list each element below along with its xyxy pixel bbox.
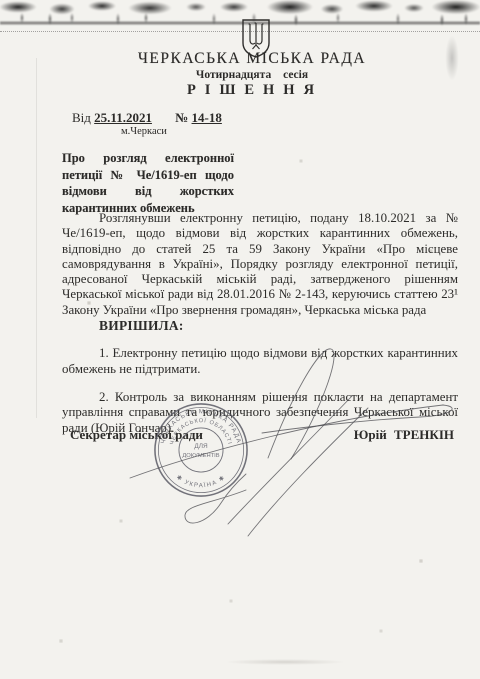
council-name-title: ЧЕРКАСЬКА МІСЬКА РАДА [0, 50, 480, 68]
stamp-center-line2: ДОКУМЕНТІВ [182, 453, 219, 459]
paper-fold-line [36, 58, 37, 418]
official-round-stamp: ЧЕРКАСЬКА МІСЬКА РАДА ЧЕРКАСЬКОЇ ОБЛАСТІ… [152, 401, 250, 499]
document-subject: Про розгляд електронної петиції № Че/161… [62, 150, 234, 216]
session-subtitle: Чотирнадцята сесія [0, 69, 480, 81]
scan-smudge-bottom [200, 655, 370, 669]
stamp-center-line1: ДЛЯ [194, 443, 208, 450]
document-date: 25.11.2021 [94, 110, 152, 125]
document-number: 14-18 [192, 110, 222, 125]
number-label: № [175, 110, 188, 125]
scanned-decision-document: ЧЕРКАСЬКА МІСЬКА РАДА Чотирнадцята сесія… [0, 0, 480, 679]
preamble-paragraph: Розглянувши електронну петицію, подану 1… [62, 211, 458, 318]
date-label: Від [72, 110, 91, 125]
resolved-label: ВИРІШИЛА: [62, 318, 458, 333]
date-number-line: Від 25.11.2021 № 14-18 [72, 110, 222, 126]
signer-name: Юрій ТРЕНКІН [354, 427, 454, 443]
document-type-heading: РІШЕННЯ [0, 82, 480, 99]
city-label: м.Черкаси [121, 126, 167, 137]
resolution-item-1: 1. Електронну петицію щодо відмови від ж… [62, 346, 458, 377]
paper-speckles [0, 0, 2, 2]
stamp-bottom-arc-text: ✱ УКРАЇНА ✱ [175, 474, 227, 489]
document-body: Розглянувши електронну петицію, подану 1… [62, 211, 458, 436]
